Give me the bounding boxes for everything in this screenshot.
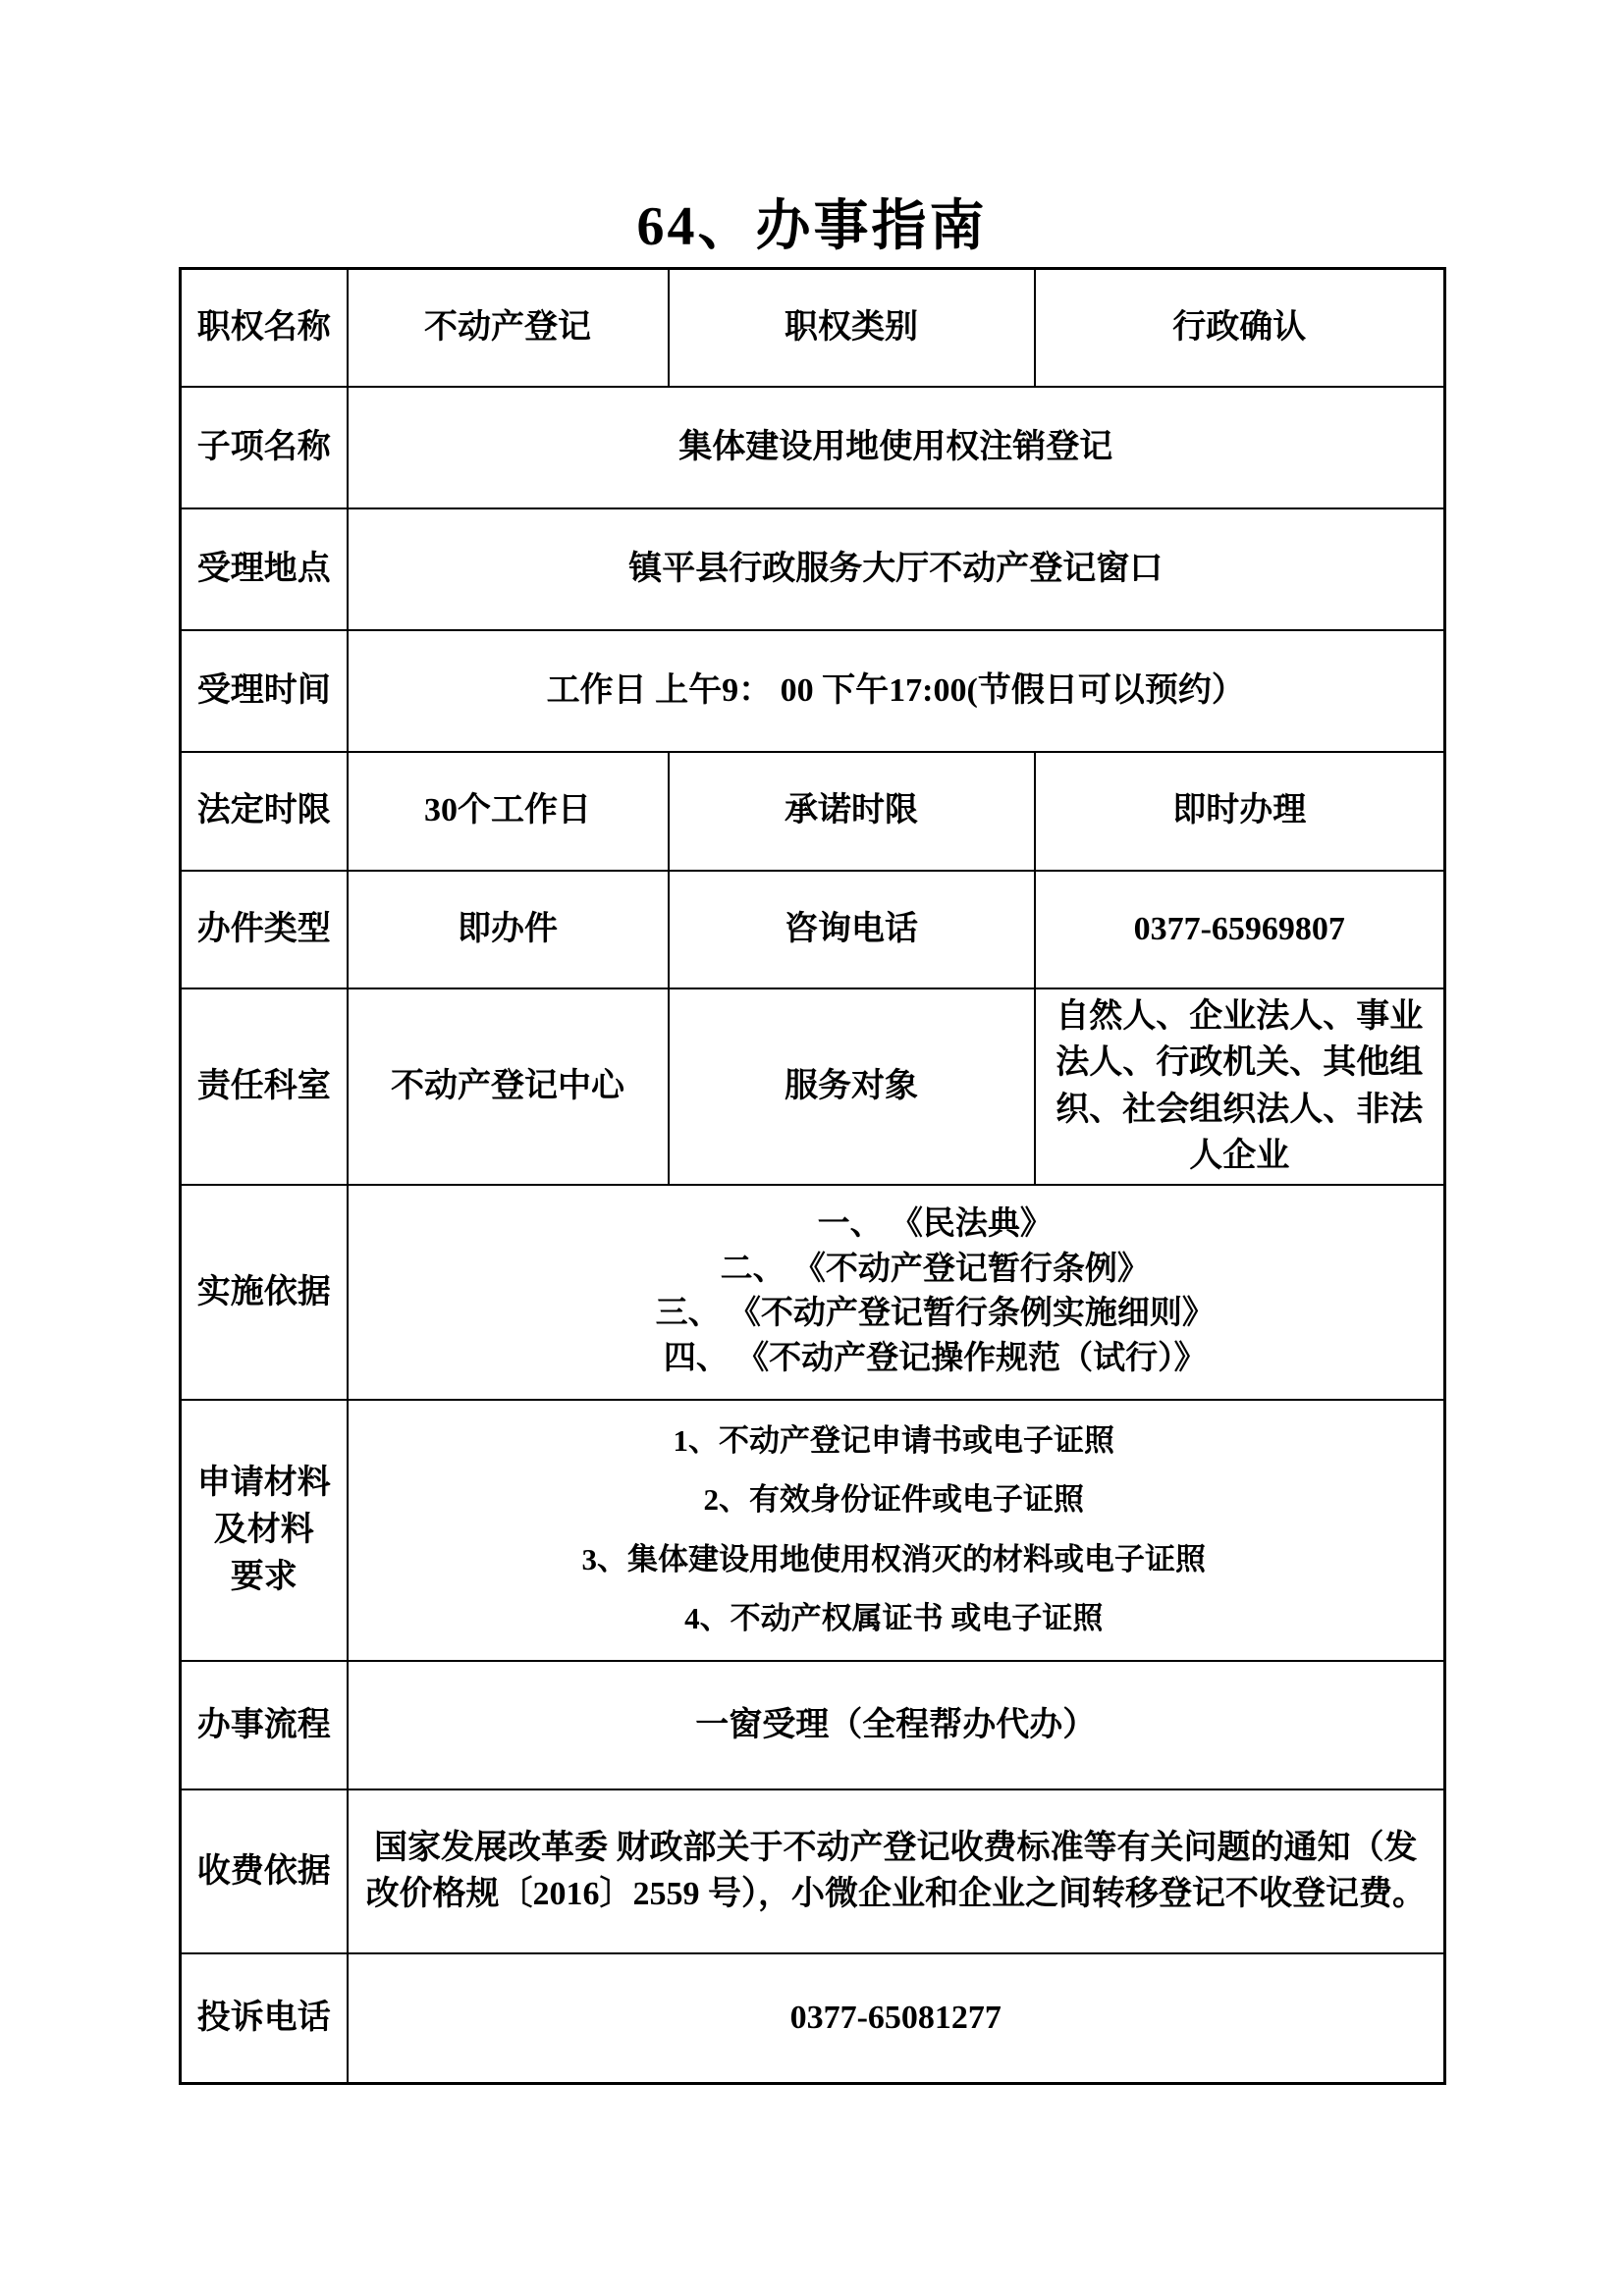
label-acceptance-place: 受理地点	[181, 508, 348, 630]
value-authority-type: 行政确认	[1035, 269, 1445, 387]
value-promised-time-limit: 即时办理	[1035, 752, 1445, 871]
label-subitem-name: 子项名称	[181, 387, 348, 508]
table-row-item-type: 办件类型 即办件 咨询电话 0377-65969807	[181, 871, 1445, 988]
table-row-acceptance-time: 受理时间 工作日 上午9： 00 下午17:00(节假日可以预约）	[181, 630, 1445, 752]
implementation-basis-item: 一、 《民法典》	[427, 1202, 1444, 1248]
label-complaint-phone: 投诉电话	[181, 1953, 348, 2084]
application-material-item: 3、集体建设用地使用权消灭的材料或电子证照	[364, 1530, 1425, 1589]
label-item-type: 办件类型	[181, 871, 348, 988]
label-implementation-basis: 实施依据	[181, 1185, 348, 1400]
implementation-basis-item: 二、 《不动产登记暂行条例》	[427, 1248, 1444, 1293]
application-material-item: 2、有效身份证件或电子证照	[364, 1470, 1425, 1529]
value-responsible-office: 不动产登记中心	[348, 988, 669, 1185]
table-row-subitem: 子项名称 集体建设用地使用权注销登记	[181, 387, 1445, 508]
value-item-type: 即办件	[348, 871, 669, 988]
label-statutory-time-limit: 法定时限	[181, 752, 348, 871]
label-process: 办事流程	[181, 1661, 348, 1789]
label-consult-phone: 咨询电话	[669, 871, 1035, 988]
label-acceptance-time: 受理时间	[181, 630, 348, 752]
label-promised-time-limit: 承诺时限	[669, 752, 1035, 871]
label-service-target: 服务对象	[669, 988, 1035, 1185]
label-authority-type: 职权类别	[669, 269, 1035, 387]
table-row-implementation-basis: 实施依据 一、 《民法典》 二、 《不动产登记暂行条例》 三、 《不动产登记暂行…	[181, 1185, 1445, 1400]
table-row-acceptance-place: 受理地点 镇平县行政服务大厅不动产登记窗口	[181, 508, 1445, 630]
table-row-process: 办事流程 一窗受理（全程帮办代办）	[181, 1661, 1445, 1789]
application-materials-list: 1、不动产登记申请书或电子证照 2、有效身份证件或电子证照 3、集体建设用地使用…	[364, 1412, 1425, 1649]
service-guide-table: 职权名称 不动产登记 职权类别 行政确认 子项名称 集体建设用地使用权注销登记 …	[179, 267, 1446, 2085]
value-application-materials: 1、不动产登记申请书或电子证照 2、有效身份证件或电子证照 3、集体建设用地使用…	[348, 1400, 1445, 1661]
value-subitem-name: 集体建设用地使用权注销登记	[348, 387, 1445, 508]
value-process: 一窗受理（全程帮办代办）	[348, 1661, 1445, 1789]
implementation-basis-item: 四、 《不动产登记操作规范（试行）》	[427, 1337, 1444, 1382]
table-row-fee-basis: 收费依据 国家发展改革委 财政部关于不动产登记收费标准等有关问题的通知（发改价格…	[181, 1789, 1445, 1953]
value-service-target: 自然人、企业法人、事业法人、行政机关、其他组织、社会组织法人、非法人企业	[1035, 988, 1445, 1185]
value-consult-phone: 0377-65969807	[1035, 871, 1445, 988]
label-responsible-office: 责任科室	[181, 988, 348, 1185]
page-title: 64、办事指南	[0, 183, 1624, 261]
application-material-item: 1、不动产登记申请书或电子证照	[364, 1412, 1425, 1470]
implementation-basis-item: 三、 《不动产登记暂行条例实施细则》	[427, 1292, 1444, 1337]
table-row-authority: 职权名称 不动产登记 职权类别 行政确认	[181, 269, 1445, 387]
table-row-time-limits: 法定时限 30个工作日 承诺时限 即时办理	[181, 752, 1445, 871]
label-authority-name: 职权名称	[181, 269, 348, 387]
label-fee-basis: 收费依据	[181, 1789, 348, 1953]
value-acceptance-place: 镇平县行政服务大厅不动产登记窗口	[348, 508, 1445, 630]
value-complaint-phone: 0377-65081277	[348, 1953, 1445, 2084]
value-statutory-time-limit: 30个工作日	[348, 752, 669, 871]
table-row-application-materials: 申请材料 及材料 要求 1、不动产登记申请书或电子证照 2、有效身份证件或电子证…	[181, 1400, 1445, 1661]
implementation-basis-list: 一、 《民法典》 二、 《不动产登记暂行条例》 三、 《不动产登记暂行条例实施细…	[427, 1202, 1444, 1381]
document-page: 64、办事指南 职权名称 不动产登记 职权类别 行政确认 子项名称 集体建设用地…	[0, 0, 1624, 2296]
application-material-item: 4、不动产权属证书 或电子证照	[364, 1589, 1425, 1648]
table-row-responsible-office: 责任科室 不动产登记中心 服务对象 自然人、企业法人、事业法人、行政机关、其他组…	[181, 988, 1445, 1185]
table-row-complaint-phone: 投诉电话 0377-65081277	[181, 1953, 1445, 2084]
value-acceptance-time: 工作日 上午9： 00 下午17:00(节假日可以预约）	[348, 630, 1445, 752]
value-implementation-basis: 一、 《民法典》 二、 《不动产登记暂行条例》 三、 《不动产登记暂行条例实施细…	[348, 1185, 1445, 1400]
label-application-materials: 申请材料 及材料 要求	[181, 1400, 348, 1661]
value-fee-basis: 国家发展改革委 财政部关于不动产登记收费标准等有关问题的通知（发改价格规〔201…	[348, 1789, 1445, 1953]
value-authority-name: 不动产登记	[348, 269, 669, 387]
